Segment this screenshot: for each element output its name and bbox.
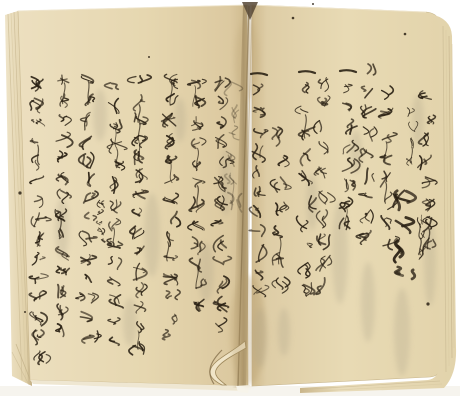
open-manuscript-book: 御霊前様江 御村今さし上られ候渋茶呑成免きなと葢聟三紙あひ茶きくも 御茶請出し候… bbox=[0, 0, 460, 396]
bleedthrough-smudge bbox=[394, 288, 410, 376]
bleedthrough-smudge bbox=[253, 308, 267, 368]
ink-speck bbox=[426, 302, 429, 305]
bleedthrough-smudge bbox=[332, 200, 348, 304]
bleedthrough-smudge bbox=[93, 89, 107, 141]
ink-speck bbox=[365, 213, 368, 216]
ink-speck bbox=[312, 3, 314, 5]
ink-speck bbox=[18, 191, 21, 194]
ink-speck bbox=[148, 56, 150, 58]
bleedthrough-smudge bbox=[144, 193, 160, 277]
ink-speck bbox=[404, 33, 407, 36]
ink-speck bbox=[24, 311, 26, 313]
bleedthrough-smudge bbox=[278, 308, 290, 356]
bleedthrough-smudge bbox=[361, 262, 375, 342]
manuscript-photo: 御霊前様江 御村今さし上られ候渋茶呑成免きなと葢聟三紙あひ茶きくも 御茶請出し候… bbox=[0, 0, 460, 396]
gutter-bottom-gap bbox=[236, 385, 250, 393]
ink-speck bbox=[292, 17, 295, 20]
bleedthrough-smudge bbox=[174, 98, 186, 142]
